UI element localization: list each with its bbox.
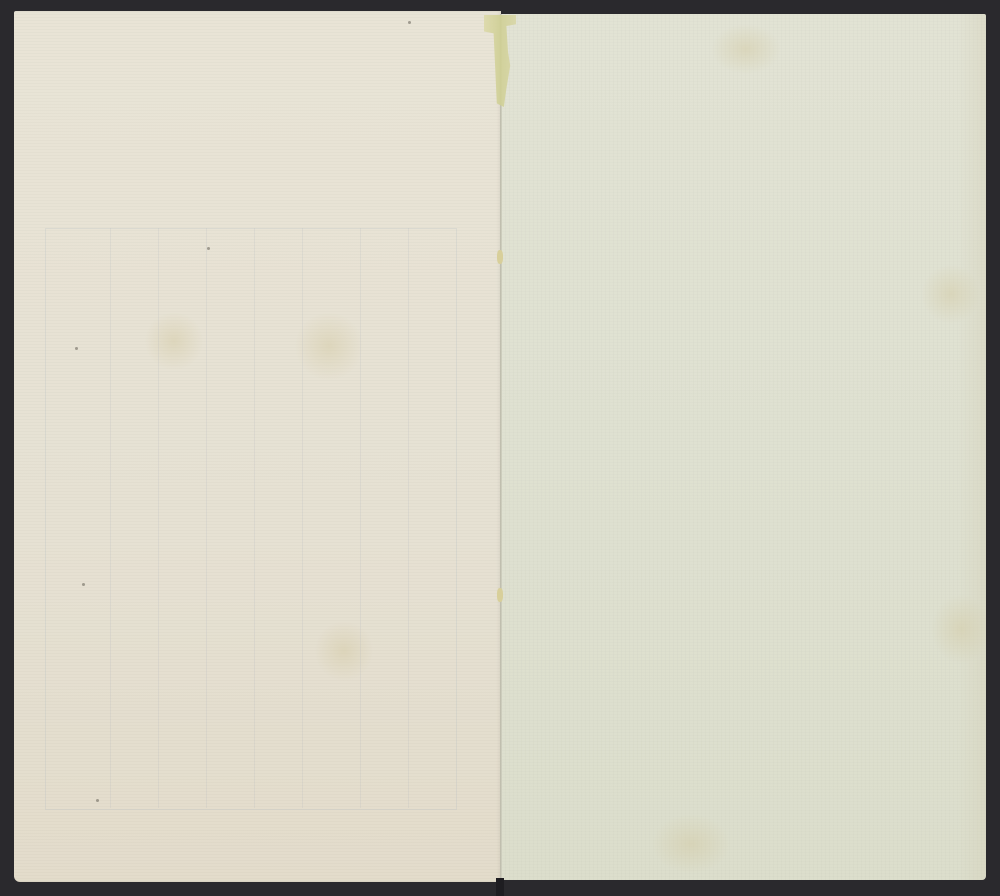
spine-shadow bbox=[496, 878, 504, 896]
show-through-rule bbox=[206, 228, 207, 808]
show-through-frame bbox=[45, 228, 457, 810]
show-through-rule bbox=[110, 228, 111, 808]
paper-stain bbox=[931, 594, 986, 664]
paper-stain bbox=[651, 814, 731, 874]
spine-damage bbox=[497, 250, 503, 264]
spine-damage bbox=[497, 588, 503, 602]
paper-speck bbox=[408, 21, 411, 24]
paper-stain bbox=[711, 24, 781, 74]
book-spine bbox=[500, 14, 502, 880]
show-through-rule bbox=[254, 228, 255, 808]
show-through-rule bbox=[158, 228, 159, 808]
show-through-rule bbox=[360, 228, 361, 808]
show-through-rule bbox=[302, 228, 303, 808]
page-edge bbox=[958, 14, 986, 880]
right-page bbox=[501, 14, 986, 880]
show-through-rule bbox=[408, 228, 409, 808]
book-scan bbox=[0, 0, 1000, 896]
paper-stain bbox=[921, 264, 981, 324]
